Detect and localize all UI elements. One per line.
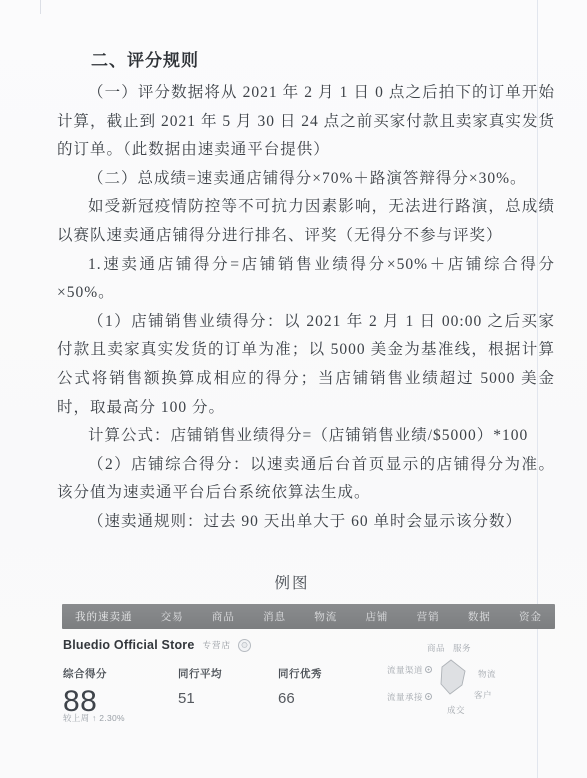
paragraph: （一）评分数据将从 2021 年 2 月 1 日 0 点之后拍下的订单开始计算，… [57, 79, 555, 165]
document-body: 二、评分规则 （一）评分数据将从 2021 年 2 月 1 日 0 点之后拍下的… [57, 46, 555, 537]
nav-item-funds: 资金 [519, 609, 542, 624]
radar-label-logistics: 物流 [478, 668, 496, 680]
radar-label-customer: 客户 [474, 689, 492, 701]
nav-item-marketing: 营销 [417, 609, 440, 624]
radar-label-product: 商品 [427, 642, 445, 654]
embedded-screenshot: 我的速卖通 交易 商品 消息 物流 店铺 营销 数据 资金 Bluedio Of… [60, 600, 557, 760]
paragraph: （二）总成绩=速卖通店铺得分×70%＋路演答辩得分×30%。 [57, 165, 555, 194]
radar-label-traffic-channel: 流量渠道 [387, 664, 432, 676]
radar-chart: 商品 服务 流量渠道 物流 流量承接 客户 成交 [385, 640, 545, 720]
nav-item-logistics: 物流 [314, 609, 337, 624]
paragraph: 1.速卖通店铺得分=店铺销售业绩得分×50%＋店铺综合得分×50%。 [57, 251, 555, 308]
store-name: Bluedio Official Store [63, 638, 195, 652]
paragraph: （速卖通规则：过去 90 天出单大于 60 单时会显示该分数） [57, 508, 555, 537]
score-peer-average: 同行平均 51 [178, 666, 222, 707]
scan-artifact-line [40, 0, 41, 14]
paragraph: 如受新冠疫情防控等不可抗力因素影响，无法进行路演，总成绩以赛队速卖通店铺得分进行… [57, 193, 555, 250]
nav-item-products: 商品 [212, 609, 235, 624]
peer-average-value: 51 [178, 690, 222, 707]
figure-caption: 例图 [52, 571, 532, 593]
score-overall-label: 综合得分 [63, 666, 107, 681]
paragraph: 计算公式：店铺销售业绩得分=（店铺销售业绩/$5000）*100 [57, 422, 555, 451]
store-header: Bluedio Official Store 专营店 [63, 638, 251, 652]
medal-icon [238, 639, 251, 652]
nav-item-trade: 交易 [161, 609, 184, 624]
radar-label-traffic-conversion: 流量承接 [387, 691, 432, 703]
paragraph: （2）店铺综合得分：以速卖通后台首页显示的店铺得分为准。该分值为速卖通平台后台系… [57, 451, 555, 508]
peer-best-value: 66 [278, 690, 322, 707]
peer-best-label: 同行优秀 [278, 666, 322, 681]
info-icon [425, 666, 432, 673]
section-title: 二、评分规则 [57, 46, 555, 76]
nav-item-my-aliexpress: 我的速卖通 [75, 609, 133, 624]
radar-polygon [438, 659, 468, 695]
radar-label-service: 服务 [453, 642, 471, 654]
nav-item-store: 店铺 [365, 609, 388, 624]
nav-bar: 我的速卖通 交易 商品 消息 物流 店铺 营销 数据 资金 [62, 604, 555, 629]
store-badge: 专营店 [203, 639, 232, 651]
score-change-badge: 较上周 ↑ 2.30% [63, 712, 125, 724]
peer-average-label: 同行平均 [178, 666, 222, 681]
info-icon [425, 693, 432, 700]
radar-label-deal: 成交 [447, 704, 465, 716]
nav-item-messages: 消息 [263, 609, 286, 624]
paragraph: （1）店铺销售业绩得分：以 2021 年 2 月 1 日 00:00 之后买家付… [57, 308, 555, 422]
scanned-page: 二、评分规则 （一）评分数据将从 2021 年 2 月 1 日 0 点之后拍下的… [0, 0, 587, 778]
nav-item-data: 数据 [468, 609, 491, 624]
score-overall: 综合得分 88 [63, 666, 107, 717]
score-peer-best: 同行优秀 66 [278, 666, 322, 707]
